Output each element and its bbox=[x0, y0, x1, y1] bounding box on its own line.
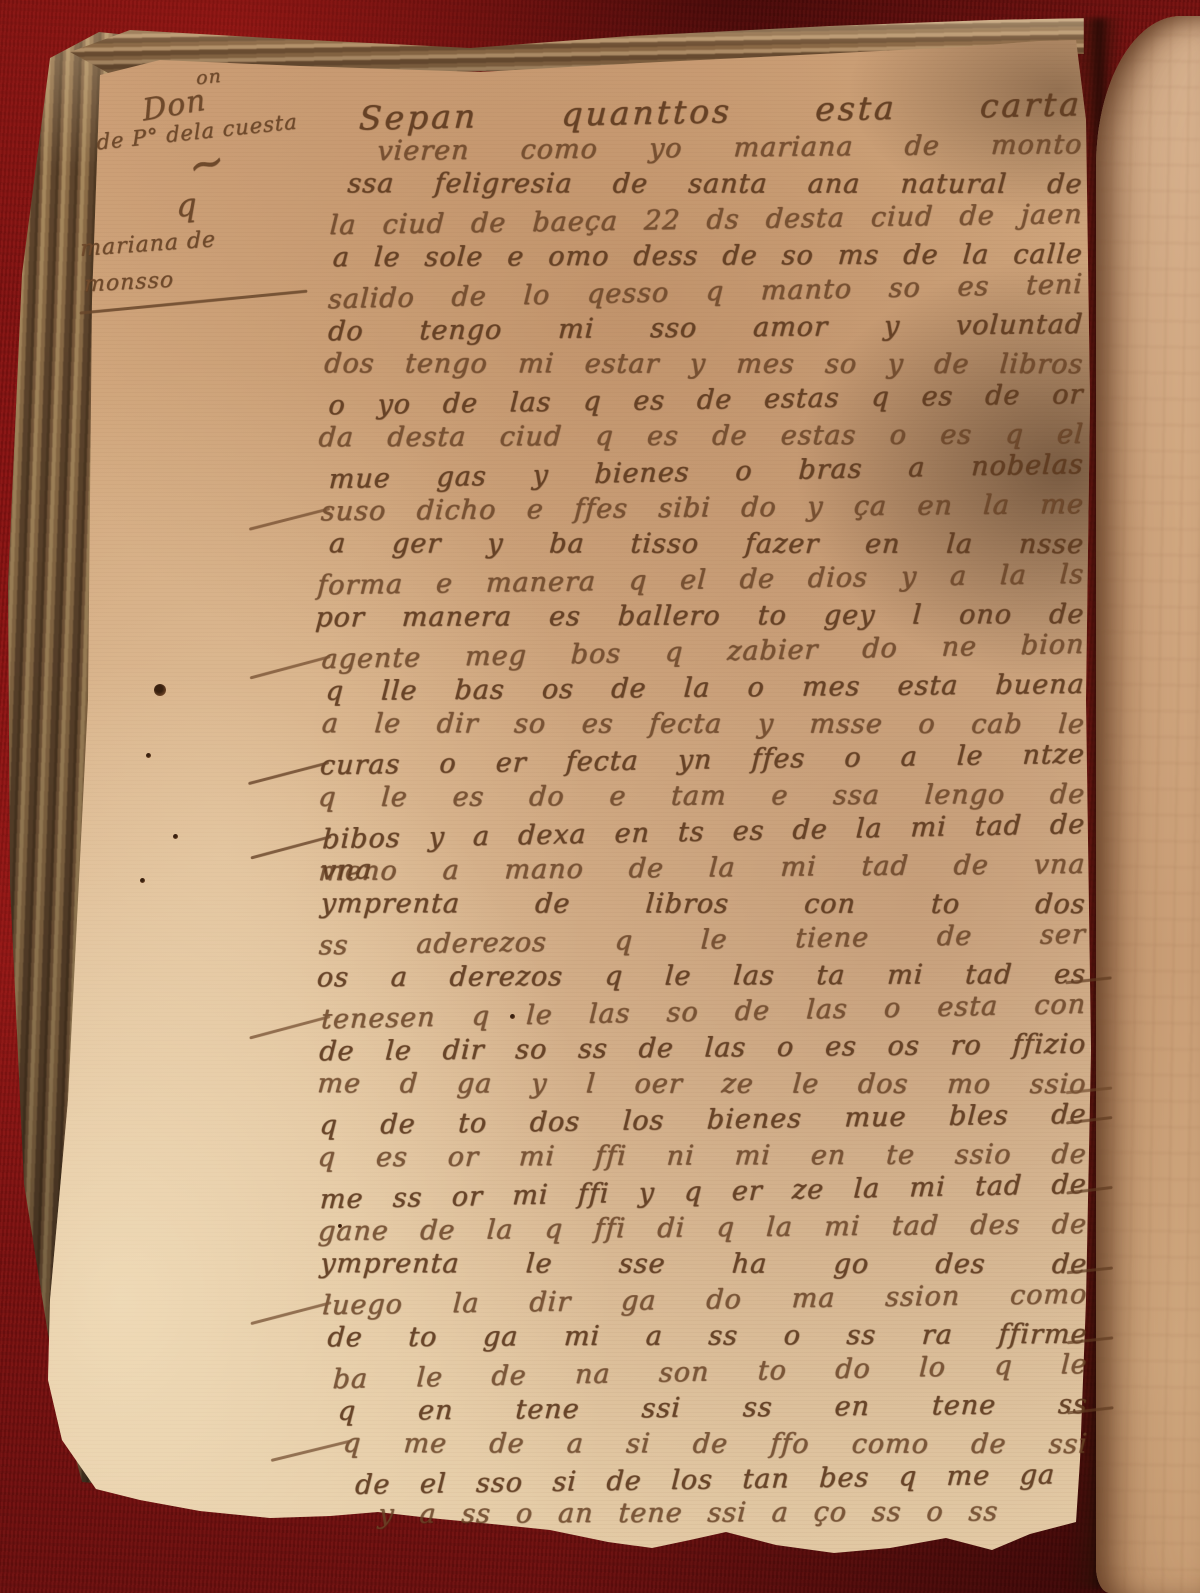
manuscript-photo: onDonde P° dela cuesta~qmariana demonsso… bbox=[0, 0, 1200, 1593]
manuscript-line: y a ss o an tene ssi a ço ss o ss bbox=[377, 1496, 999, 1535]
manuscript-line: vieren como yo mariana de monto bbox=[376, 129, 1083, 172]
manuscript-line: ssa feligresia de santa ana natural de bbox=[346, 168, 1084, 205]
manuscript-line: meno a mano de la mi tad de vna bbox=[317, 849, 1086, 892]
manuscript-line: ymprenta le sse ha go des de bbox=[319, 1248, 1089, 1285]
manuscript-line: a le dir so es fecta y msse o cab le bbox=[320, 708, 1086, 745]
manuscript-text: Sepan quanttos esta cartavieren como yo … bbox=[0, 0, 1200, 1593]
manuscript-line: do tengo mi sso amor y voluntad bbox=[327, 309, 1084, 352]
manuscript-line: de le dir so ss de las o es os ro ffizio bbox=[318, 1029, 1087, 1072]
manuscript-line: q en tene ssi ss en tene ss bbox=[337, 1389, 1089, 1432]
manuscript-line: suso dicho e ffes sibi do y ça en la me bbox=[320, 489, 1085, 532]
manuscript-line: q lle bas os de la o mes esta buena bbox=[324, 669, 1085, 712]
manuscript-line: a ger y ba tisso fazer en la nsse bbox=[328, 528, 1086, 565]
manuscript-line: gane de la q ffi di q la mi tad des de bbox=[317, 1209, 1088, 1252]
manuscript-line: q me de a si de ffo como de ssi bbox=[342, 1428, 1090, 1465]
manuscript-line: ymprenta de libros con to dos bbox=[319, 888, 1087, 925]
manuscript-line: dos tengo mi estar y mes so y de libros bbox=[323, 348, 1085, 385]
manuscript-line: me d ga y l oer ze le dos mo ssio bbox=[316, 1068, 1088, 1105]
manuscript-line: Sepan quanttos esta carta bbox=[358, 84, 1083, 135]
